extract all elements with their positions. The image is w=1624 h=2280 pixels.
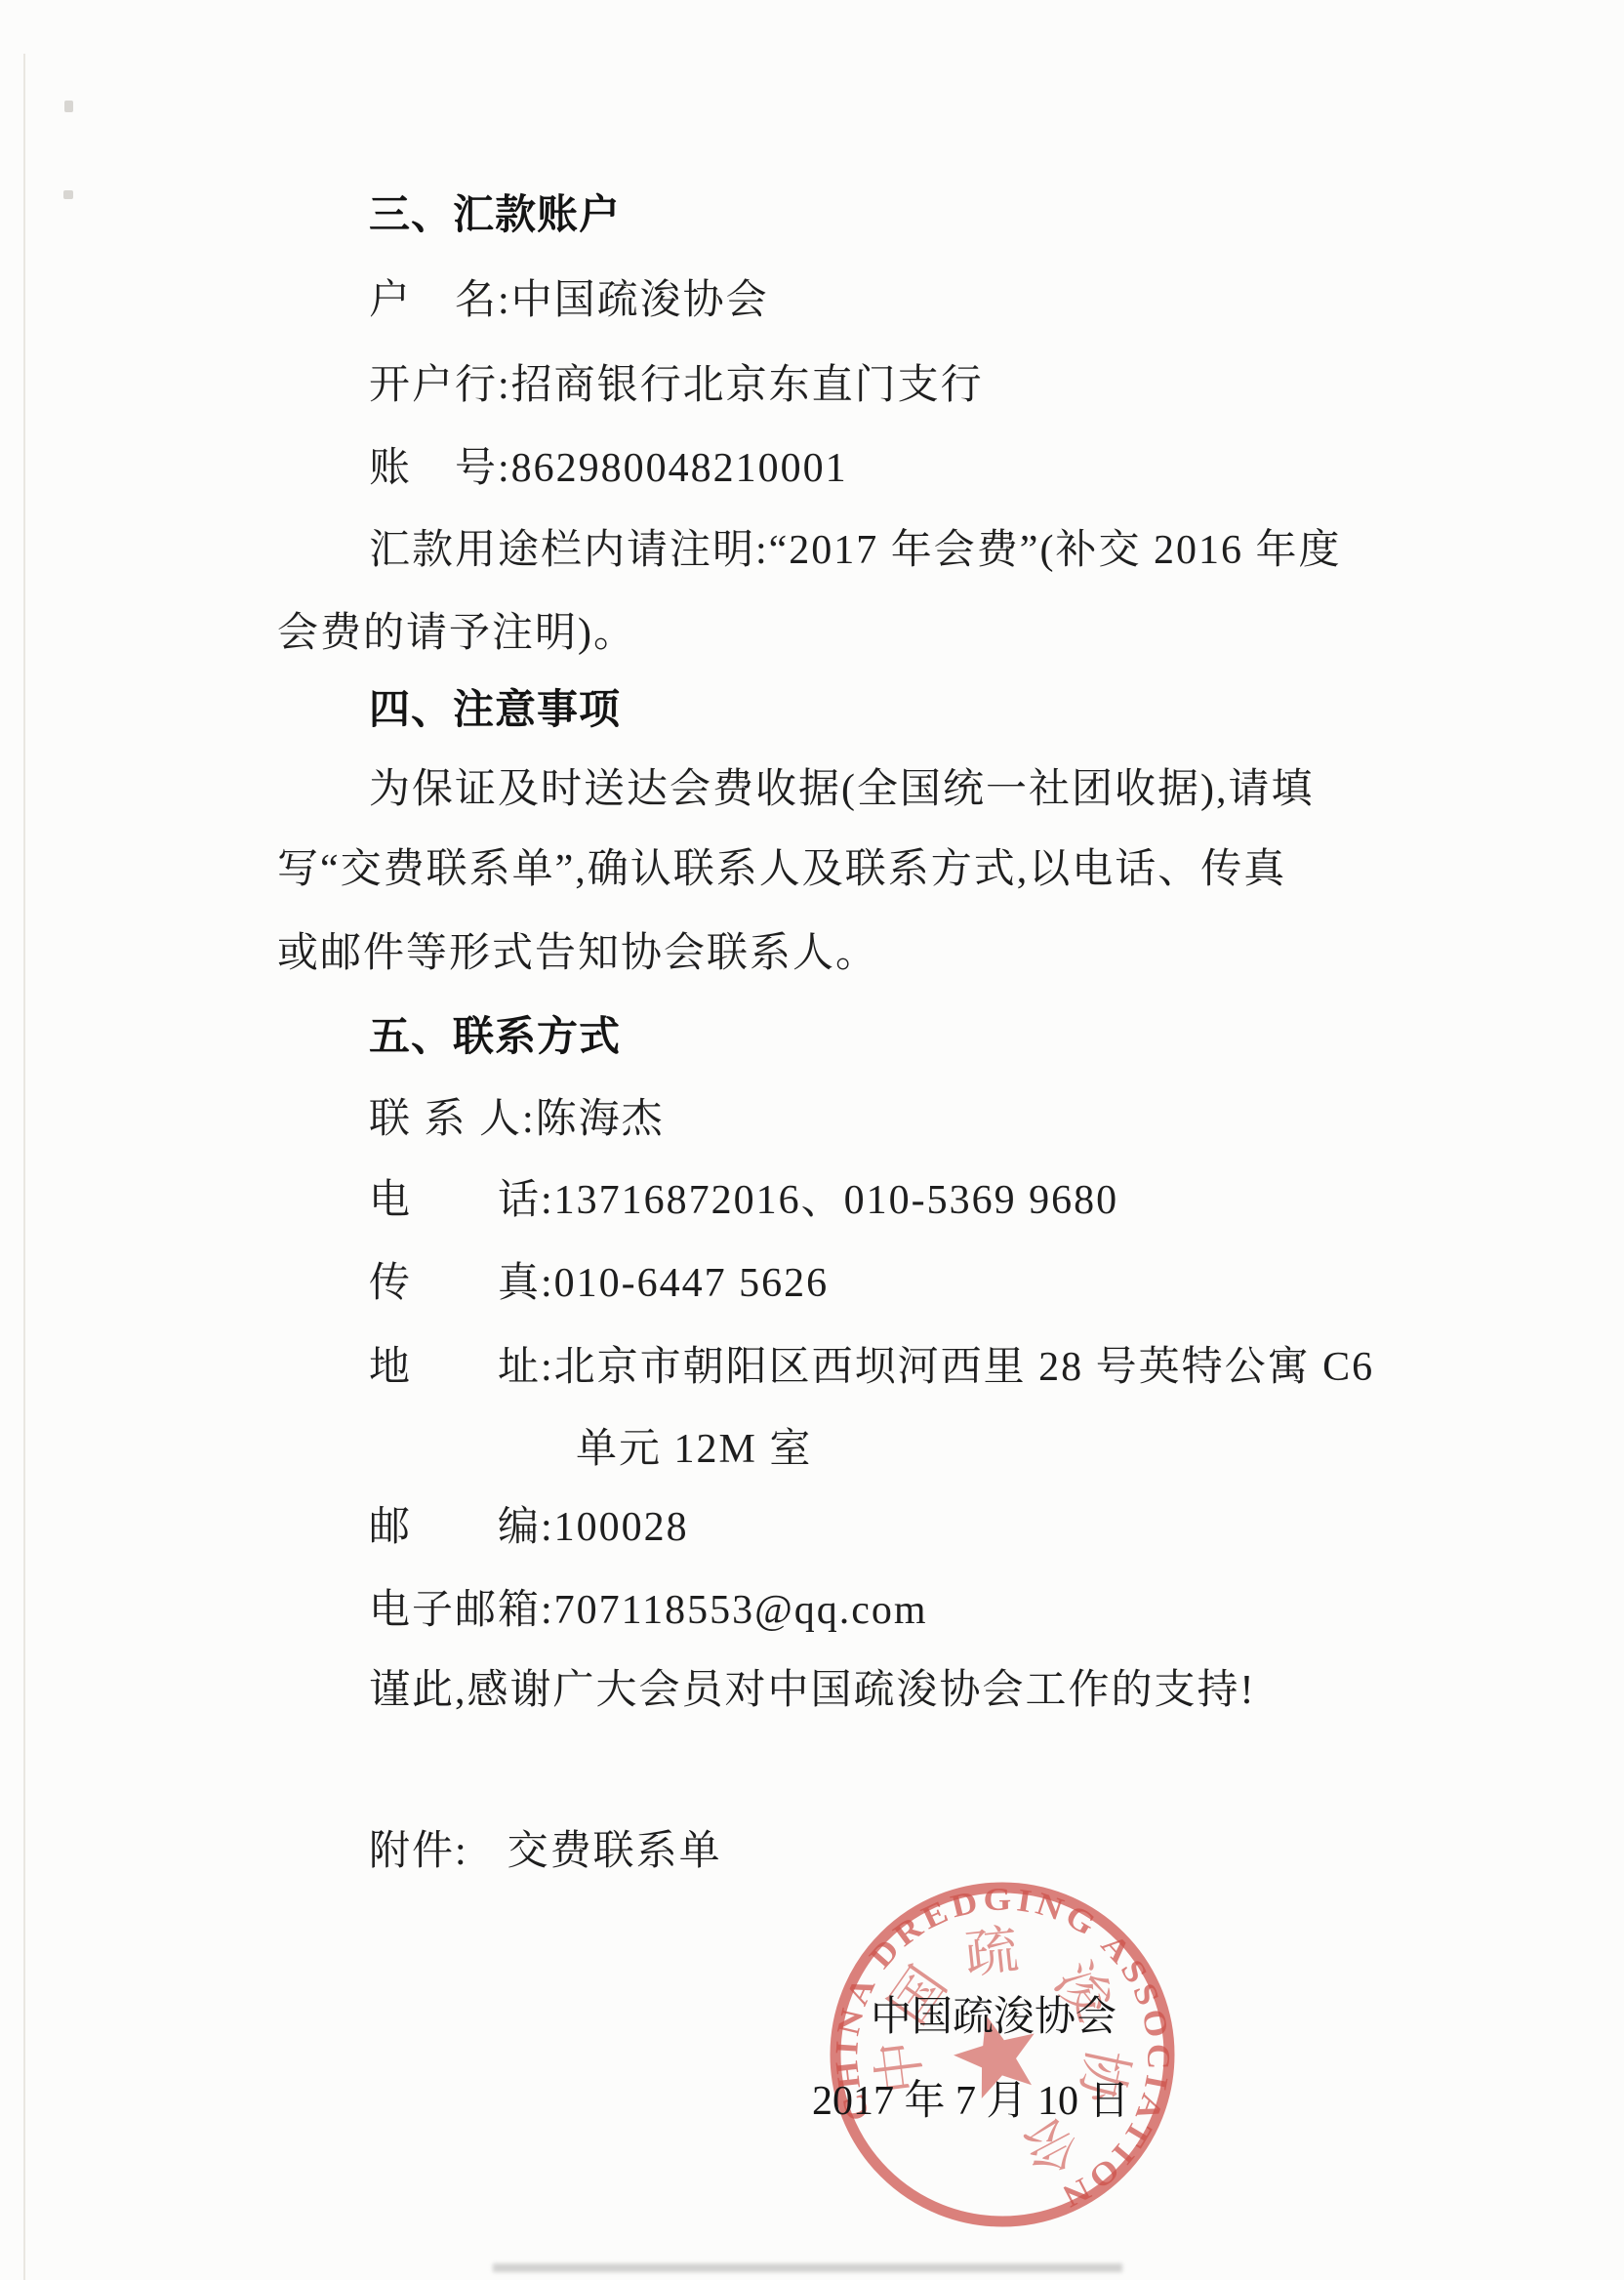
field-address: 地 址:北京市朝阳区西坝河西里 28 号英特公寓 C6 <box>369 1343 1374 1392</box>
section-3-heading: 三、汇款账户 <box>369 191 621 240</box>
field-phone: 电 话:13716872016、010-5369 9680 <box>369 1176 1118 1225</box>
scan-speck <box>63 190 73 199</box>
field-value: 中国疏浚协会 <box>511 278 769 323</box>
signature-date: 2017 年 7 月 10 日 <box>812 2077 1130 2126</box>
field-value: 北京市朝阳区西坝河西里 28 号英特公寓 C6 <box>554 1345 1375 1390</box>
signature-org: 中国疏浚协会 <box>871 1993 1116 2042</box>
field-value: 010-6447 5626 <box>554 1261 830 1306</box>
field-label: 地 址: <box>369 1345 554 1390</box>
field-value: 100028 <box>554 1505 689 1550</box>
field-postal-code: 邮 编:100028 <box>369 1503 689 1552</box>
field-label: 电子邮箱: <box>369 1588 554 1633</box>
field-fax: 传 真:010-6447 5626 <box>369 1259 829 1308</box>
field-contact-person: 联 系 人:陈海杰 <box>369 1095 665 1144</box>
field-label: 联 系 人: <box>369 1097 536 1142</box>
field-value: 13716872016、010-5369 9680 <box>554 1178 1119 1223</box>
remittance-note-line-1: 汇款用途栏内请注明:“2017 年会费”(补交 2016 年度 <box>369 526 1341 575</box>
section-4-heading: 四、注意事项 <box>369 686 621 735</box>
scan-bottom-shadow <box>493 2263 1122 2272</box>
field-label: 传 真: <box>369 1261 554 1306</box>
field-email: 电子邮箱:707118553@qq.com <box>369 1586 928 1635</box>
field-label: 户 名: <box>369 278 511 323</box>
attachment-value: 交费联系单 <box>507 1829 722 1874</box>
field-label: 邮 编: <box>369 1505 554 1550</box>
field-label: 开户行: <box>369 363 511 408</box>
official-seal-stamp: CHINA DREDGING ASSOCIATION 中 国 疏 浚 协 会 <box>807 1859 1198 2250</box>
seal-char: 疏 <box>961 1920 1021 1984</box>
field-value: 招商银行北京东直门支行 <box>511 363 984 408</box>
section-5-heading: 五、联系方式 <box>369 1013 621 1062</box>
field-account-number: 账 号:862980048210001 <box>369 444 848 493</box>
field-label: 电 话: <box>369 1178 554 1223</box>
field-value: 862980048210001 <box>511 446 848 491</box>
field-address-line-2: 单元 12M 室 <box>576 1425 812 1474</box>
remittance-note-line-2: 会费的请予注明)。 <box>277 609 636 658</box>
field-value: 707118553@qq.com <box>554 1588 928 1633</box>
scan-speck <box>64 101 73 112</box>
notes-line-3: 或邮件等形式告知协会联系人。 <box>277 929 878 978</box>
scan-edge-line <box>23 54 25 2280</box>
attachment-label: 附件: <box>369 1829 468 1874</box>
notes-line-2: 写“交费联系单”,确认联系人及联系方式,以电话、传真 <box>277 845 1286 894</box>
document-page: 三、汇款账户 户 名:中国疏浚协会 开户行:招商银行北京东直门支行 账 号:86… <box>0 0 1624 2280</box>
attachment-line: 附件:交费联系单 <box>369 1827 722 1876</box>
notes-line-1: 为保证及时送达会费收据(全国统一社团收据),请填 <box>369 765 1314 814</box>
field-account-name: 户 名:中国疏浚协会 <box>369 276 769 325</box>
field-value: 陈海杰 <box>536 1097 665 1142</box>
field-label: 账 号: <box>369 446 511 491</box>
field-bank: 开户行:招商银行北京东直门支行 <box>369 361 984 410</box>
closing-remark: 谨此,感谢广大会员对中国疏浚协会工作的支持! <box>369 1666 1256 1715</box>
